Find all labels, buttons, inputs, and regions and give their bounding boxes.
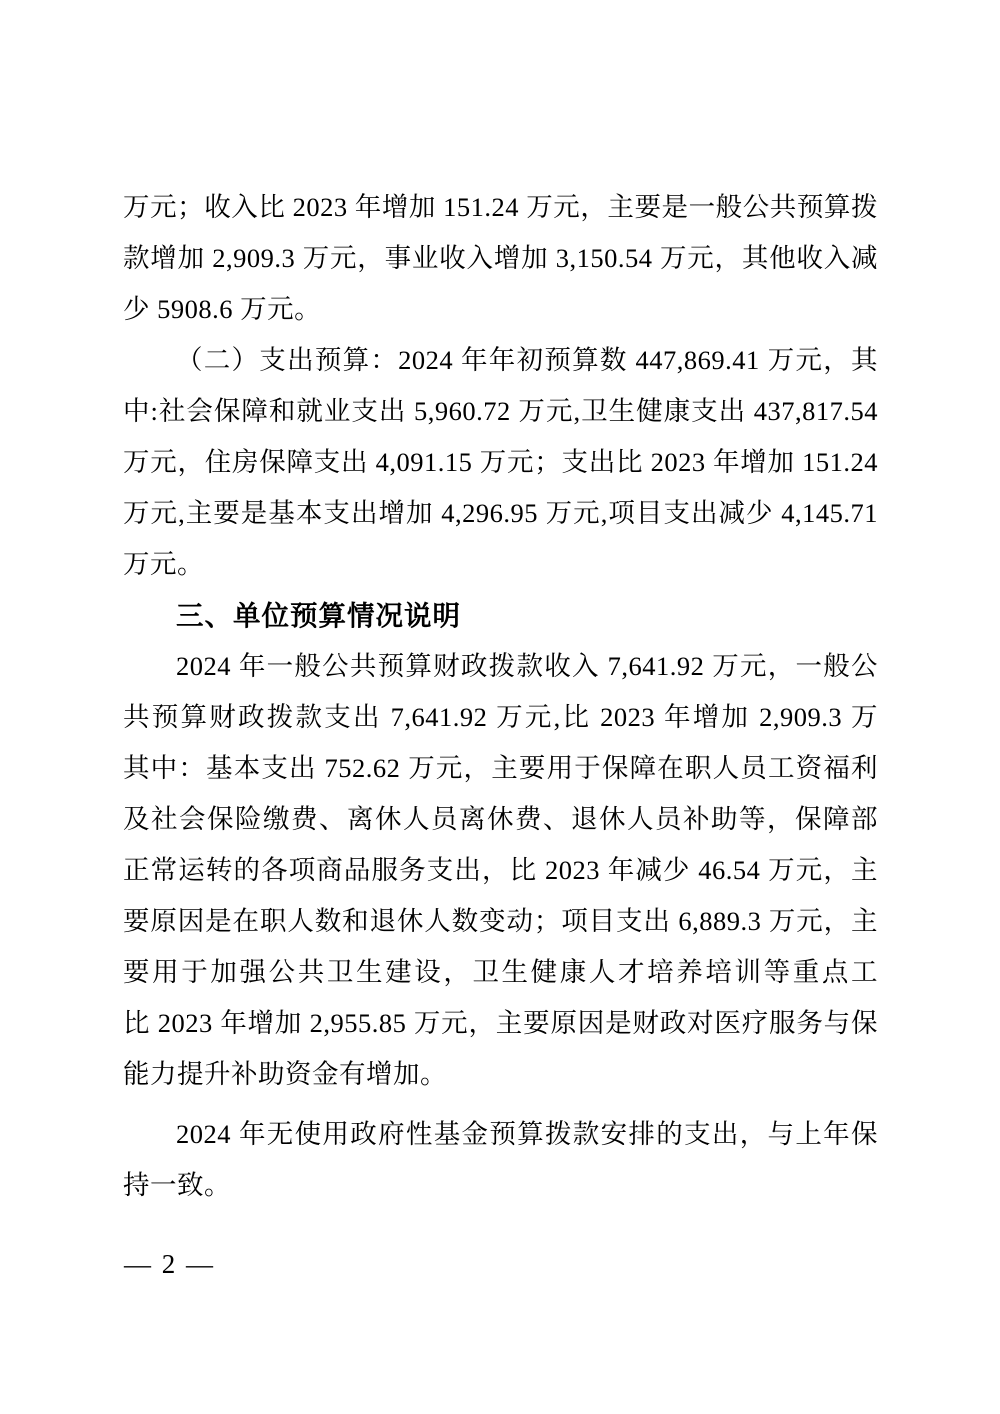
text-line-01: 万元；收入比 2023 年增加 151.24 万元，主要是一般公共预算拨 <box>123 182 878 233</box>
text-line-10: 2024 年一般公共预算财政拨款收入 7,641.92 万元，一般公 <box>123 641 878 692</box>
text-line-08: 万元。 <box>123 539 878 590</box>
document-body: 万元；收入比 2023 年增加 151.24 万元，主要是一般公共预算拨 款增加… <box>123 182 878 1211</box>
section-heading: 三、单位预算情况说明 <box>123 590 878 641</box>
text-line-11: 共预算财政拨款支出 7,641.92 万元,比 2023 年增加 2,909.3… <box>123 692 878 743</box>
text-line-18: 能力提升补助资金有增加。 <box>123 1049 878 1100</box>
page-number: — 2 — <box>124 1244 215 1284</box>
text-line-12: 其中：基本支出 752.62 万元，主要用于保障在职人员工资福利 <box>123 743 878 794</box>
text-line-04: （二）支出预算：2024 年年初预算数 447,869.41 万元，其 <box>123 335 878 386</box>
text-line-16: 要用于加强公共卫生建设，卫生健康人才培养培训等重点工作， <box>123 947 878 998</box>
text-line-07: 万元,主要是基本支出增加 4,296.95 万元,项目支出减少 4,145.71 <box>123 488 878 539</box>
text-line-03: 少 5908.6 万元。 <box>123 284 878 335</box>
text-line-14: 正常运转的各项商品服务支出，比 2023 年减少 46.54 万元，主 <box>123 845 878 896</box>
text-line-19: 2024 年无使用政府性基金预算拨款安排的支出，与上年保 <box>123 1109 878 1160</box>
text-line-15: 要原因是在职人数和退休人数变动；项目支出 6,889.3 万元，主 <box>123 896 878 947</box>
text-line-06: 万元，住房保障支出 4,091.15 万元；支出比 2023 年增加 151.2… <box>123 437 878 488</box>
text-line-13: 及社会保险缴费、离休人员离休费、退休人员补助等，保障部门 <box>123 794 878 845</box>
document-page: 万元；收入比 2023 年增加 151.24 万元，主要是一般公共预算拨 款增加… <box>0 0 1000 1414</box>
text-line-17: 比 2023 年增加 2,955.85 万元，主要原因是财政对医疗服务与保障 <box>123 998 878 1049</box>
text-line-05: 中:社会保障和就业支出 5,960.72 万元,卫生健康支出 437,817.5… <box>123 386 878 437</box>
text-line-20: 持一致。 <box>123 1160 878 1211</box>
text-line-02: 款增加 2,909.3 万元，事业收入增加 3,150.54 万元，其他收入减 <box>123 233 878 284</box>
